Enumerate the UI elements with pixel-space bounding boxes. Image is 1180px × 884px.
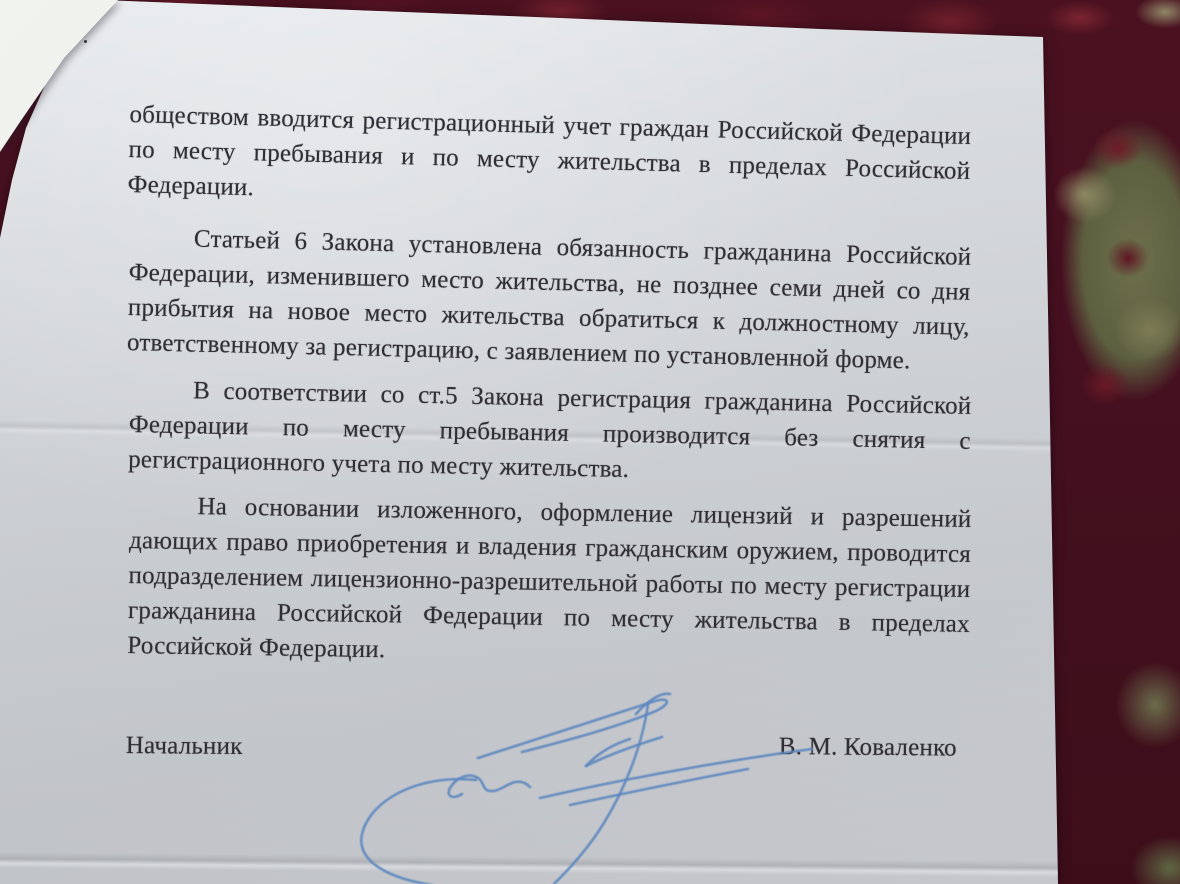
second-sheet-corner	[0, 0, 1180, 884]
photo-of-document: обществомвводитсярегистрационныйучетграж…	[0, 0, 1180, 884]
second-sheet-shadow	[0, 0, 1180, 884]
